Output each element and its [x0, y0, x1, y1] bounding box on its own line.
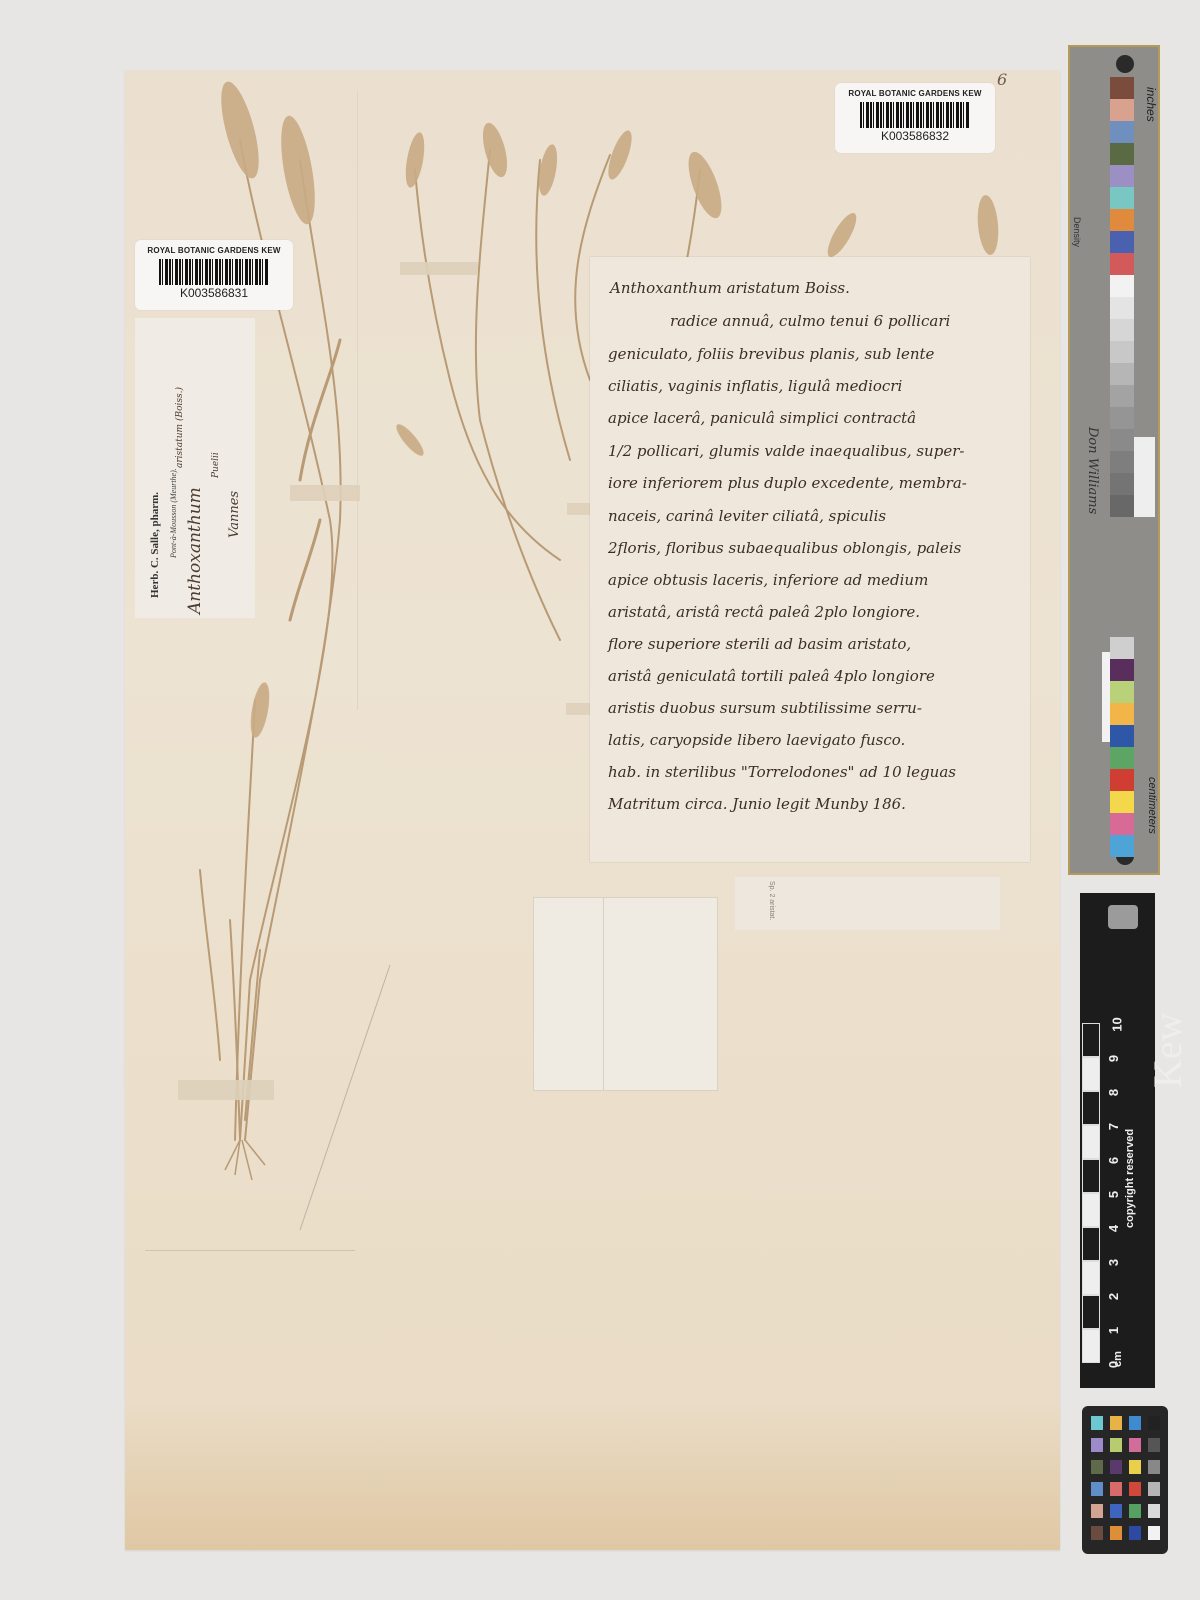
- checker-patch: [1110, 1460, 1122, 1474]
- scale-segment: [1082, 1057, 1100, 1091]
- barcode-number: K003586831: [135, 286, 293, 300]
- checker-patch: [1091, 1460, 1103, 1474]
- checker-patch: [1148, 1526, 1160, 1540]
- color-swatch: [1110, 703, 1134, 725]
- scale-number: 8: [1106, 1089, 1121, 1096]
- color-swatch: [1110, 659, 1134, 681]
- scale-number: 1: [1106, 1327, 1121, 1334]
- color-swatch: [1110, 77, 1134, 99]
- checker-patch: [1091, 1416, 1103, 1430]
- color-swatch: [1110, 187, 1134, 209]
- note-line: ciliatis, vaginis inflatis, ligulâ medio…: [608, 377, 902, 395]
- checker-patch: [1148, 1438, 1160, 1452]
- note-line: aristis duobus sursum subtilissime serru…: [608, 699, 922, 717]
- color-checker-card: [1082, 1406, 1168, 1554]
- checker-patch: [1148, 1460, 1160, 1474]
- checker-patch: [1110, 1416, 1122, 1430]
- checker-patch: [1110, 1438, 1122, 1452]
- scale-segment: [1082, 1193, 1100, 1227]
- checker-patch: [1148, 1504, 1160, 1518]
- inches-label: inches: [1144, 87, 1158, 122]
- color-swatch: [1110, 495, 1134, 517]
- scale-number: 4: [1106, 1225, 1121, 1232]
- barcode-icon: [159, 259, 269, 285]
- herbarium-label: Herb. C. Salle, pharm. Pont-à-Mousson (M…: [135, 318, 255, 618]
- color-swatch: [1110, 791, 1134, 813]
- color-swatch: [1110, 99, 1134, 121]
- institution-name: ROYAL BOTANIC GARDENS KEW: [835, 89, 995, 98]
- scale-number: 6: [1106, 1157, 1121, 1164]
- color-swatch: [1110, 275, 1134, 297]
- note-line: apice obtusis laceris, inferiore ad medi…: [608, 571, 928, 589]
- color-swatch: [1110, 231, 1134, 253]
- color-swatch: [1110, 253, 1134, 275]
- scale-segment: [1082, 1023, 1100, 1057]
- note-line: iore inferiorem plus duplo excedente, me…: [608, 474, 967, 492]
- note-line: aristatâ, aristâ rectâ paleâ 2plo longio…: [608, 603, 920, 621]
- note-line: 1/2 pollicari, glumis valde inaequalibus…: [608, 442, 964, 460]
- color-swatch: [1110, 319, 1134, 341]
- scale-segment: [1082, 1295, 1100, 1329]
- barcode-icon: [860, 102, 970, 128]
- handwritten-genus: Anthoxanthum: [185, 487, 205, 614]
- mounting-tape: [400, 262, 478, 275]
- color-swatch: [1110, 143, 1134, 165]
- slip-text: Sp. 2 aristat.: [768, 881, 775, 920]
- note-line: Anthoxanthum aristatum Boiss.: [610, 279, 850, 297]
- handwritten-annotation: Puelii: [211, 452, 221, 478]
- color-swatch: [1110, 769, 1134, 791]
- color-swatch: [1110, 813, 1134, 835]
- barcode-label-top: ROYAL BOTANIC GARDENS KEW K003586832: [835, 83, 995, 153]
- scale-segment: [1082, 1091, 1100, 1125]
- scale-segment: [1082, 1261, 1100, 1295]
- color-swatch: [1110, 681, 1134, 703]
- maker-label: Don Williams: [1085, 427, 1100, 514]
- checker-patch: [1091, 1526, 1103, 1540]
- color-swatch: [1110, 835, 1134, 857]
- checker-patch: [1129, 1504, 1141, 1518]
- checker-patch: [1091, 1504, 1103, 1518]
- color-swatch: [1110, 725, 1134, 747]
- note-line: naceis, carinâ leviter ciliatâ, spiculis: [608, 507, 886, 525]
- density-label: Density: [1072, 217, 1082, 247]
- scale-number: 9: [1106, 1055, 1121, 1062]
- copyright-text: copyright reserved: [1124, 1129, 1136, 1228]
- checker-patch: [1091, 1482, 1103, 1496]
- checker-patch: [1091, 1438, 1103, 1452]
- unit-label: cm: [1112, 1351, 1124, 1367]
- note-line: Matritum circa. Junio legit Munby 186.: [608, 795, 906, 813]
- checker-patch: [1129, 1460, 1141, 1474]
- note-line: geniculato, foliis brevibus planis, sub …: [608, 345, 934, 363]
- color-swatch: [1110, 429, 1134, 451]
- color-swatch: [1110, 473, 1134, 495]
- color-swatch: [1110, 747, 1134, 769]
- color-swatch: [1110, 385, 1134, 407]
- barcode-label-left: ROYAL BOTANIC GARDENS KEW K003586831: [135, 240, 293, 310]
- checker-patch: [1129, 1526, 1141, 1540]
- checker-patch: [1110, 1526, 1122, 1540]
- fragment-packet: [533, 897, 718, 1091]
- centimeters-label: centimeters: [1146, 777, 1158, 834]
- scale-number: 5: [1106, 1191, 1121, 1198]
- note-line: aristâ geniculatâ tortili paleâ 4plo lon…: [608, 667, 935, 685]
- manuscript-description: Anthoxanthum aristatum Boiss. radice ann…: [590, 257, 1030, 862]
- checker-patch: [1129, 1416, 1141, 1430]
- paper-slip: Sp. 2 aristat.: [735, 877, 1000, 930]
- institution-name: ROYAL BOTANIC GARDENS KEW: [135, 246, 293, 255]
- note-line: latis, caryopside libero laevigato fusco…: [608, 731, 905, 749]
- note-line: flore superiore sterili ad basim aristat…: [608, 635, 911, 653]
- kew-logo: Kew: [1144, 1012, 1191, 1088]
- strip-hole: [1116, 55, 1134, 73]
- centimeter-scale: 109876543210: [1080, 1023, 1106, 1368]
- handwritten-place: Vannes: [227, 491, 242, 538]
- checker-patch: [1129, 1438, 1141, 1452]
- scale-segment: [1082, 1227, 1100, 1261]
- color-swatch: [1110, 407, 1134, 429]
- color-swatch: [1110, 297, 1134, 319]
- packet-fold: [603, 898, 604, 1090]
- mounting-tape: [178, 1080, 274, 1100]
- color-density-strip: inches Density Don Williams M001124 cent…: [1068, 45, 1160, 875]
- scale-number: 2: [1106, 1293, 1121, 1300]
- checker-patch: [1110, 1504, 1122, 1518]
- color-swatch: [1110, 121, 1134, 143]
- scale-number: 3: [1106, 1259, 1121, 1266]
- barcode-number: K003586832: [835, 129, 995, 143]
- checker-patch: [1110, 1482, 1122, 1496]
- checker-patch: [1148, 1482, 1160, 1496]
- color-swatch: [1110, 165, 1134, 187]
- checker-patch: [1148, 1416, 1160, 1430]
- scale-number: 7: [1106, 1123, 1121, 1130]
- color-swatch: [1110, 363, 1134, 385]
- scale-segment: [1082, 1329, 1100, 1363]
- checker-patch: [1129, 1482, 1141, 1496]
- note-line: hab. in sterilibus "Torrelodones" ad 10 …: [608, 763, 956, 781]
- note-line: radice annuâ, culmo tenui 6 pollicari: [670, 312, 950, 330]
- color-swatch: [1110, 209, 1134, 231]
- collection-locality: Pont-à-Mousson (Meurthe).: [169, 468, 178, 558]
- handwritten-epithet: aristatum (Boiss.): [175, 387, 185, 468]
- kew-scale-bar: Kew copyright reserved 109876543210 cm: [1080, 893, 1155, 1388]
- collection-name: Herb. C. Salle, pharm.: [149, 492, 161, 598]
- color-swatch: [1110, 341, 1134, 363]
- sheet-number-mark: 6: [997, 70, 1007, 89]
- note-line: apice lacerâ, paniculâ simplici contract…: [608, 409, 916, 427]
- color-swatch: [1110, 637, 1134, 659]
- scale-segment: [1082, 1125, 1100, 1159]
- royal-crest-icon: [1108, 905, 1138, 929]
- scale-segment: [1082, 1159, 1100, 1193]
- mounting-tape: [290, 485, 360, 501]
- scale-number: 10: [1110, 1017, 1125, 1031]
- note-line: 2floris, floribus subaequalibus oblongis…: [608, 539, 961, 557]
- color-swatch: [1110, 451, 1134, 473]
